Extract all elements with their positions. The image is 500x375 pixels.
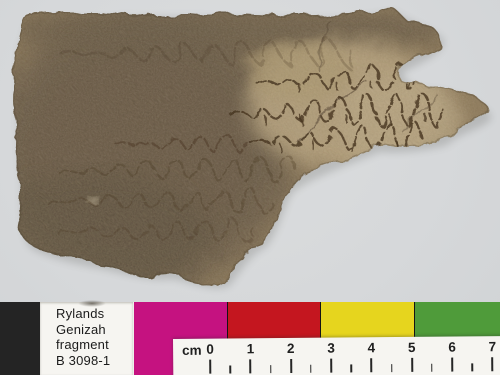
ruler-tick-minor: [350, 364, 352, 372]
label-line-series: Genizah: [56, 322, 133, 338]
ruler-tick-major: [250, 359, 252, 373]
ruler-number: 1: [242, 341, 258, 356]
label-line-type: fragment: [56, 337, 133, 353]
ruler-number: 0: [202, 342, 218, 357]
ruler-tick-minor: [229, 365, 231, 373]
ruler-tick-major: [491, 357, 493, 371]
color-chip-black: [0, 302, 40, 375]
label-card: Rylands Genizah fragment B 3098-1: [40, 302, 133, 375]
ruler-unit-label: cm: [182, 343, 202, 358]
ruler-tick-minor: [471, 363, 473, 371]
ruler-number: 4: [363, 340, 379, 355]
ruler-tick-major: [451, 358, 453, 372]
ruler-number: 2: [283, 341, 299, 356]
ruler-tick-major: [209, 360, 211, 374]
ruler-tick-major: [290, 359, 292, 373]
ruler-number: 5: [404, 340, 420, 355]
ruler-tick-minor: [310, 365, 312, 373]
ruler-number: 7: [484, 339, 500, 354]
label-line-shelfmark: B 3098-1: [56, 353, 133, 369]
ruler-tick-minor: [431, 364, 433, 372]
ruler-tick-major: [330, 359, 332, 373]
label-line-collection: Rylands: [56, 306, 133, 322]
ruler-tick-major: [411, 358, 413, 372]
ruler-number: 3: [323, 341, 339, 356]
ruler-number: 6: [444, 339, 460, 354]
label-card-smudge: [78, 300, 106, 307]
ruler-tick-minor: [270, 365, 272, 373]
ruler-tick-major: [370, 358, 372, 372]
ruler: cm 01234567: [173, 336, 500, 375]
ruler-tick-minor: [391, 364, 393, 372]
